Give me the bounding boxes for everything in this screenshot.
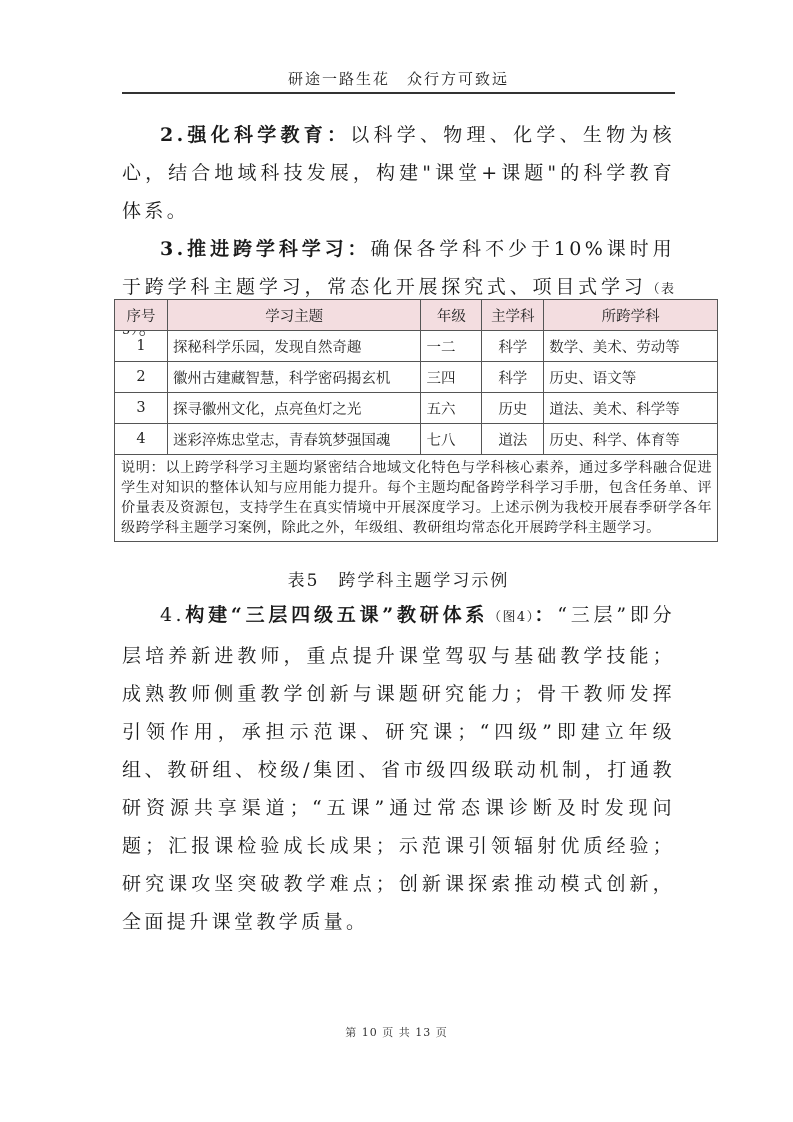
cell-topic: 徽州古建藏智慧，科学密码揭玄机	[167, 362, 421, 393]
cell-topic: 探秘科学乐园，发现自然奇趣	[167, 331, 421, 362]
cell-grade: 五六	[421, 393, 482, 424]
cell-cross-subjects: 数学、美术、劳动等	[544, 331, 718, 362]
section-4-number: 4.	[160, 604, 185, 626]
cell-cross-subjects: 道法、美术、科学等	[544, 393, 718, 424]
table-row: 1 探秘科学乐园，发现自然奇趣 一二 科学 数学、美术、劳动等	[115, 331, 718, 362]
cell-no: 2	[115, 362, 168, 393]
cell-grade: 一二	[421, 331, 482, 362]
table-note: 说明：以上跨学科学习主题均紧密结合地域文化特色与学科核心素养，通过多学科融合促进…	[115, 455, 718, 542]
table-row: 4 迷彩淬炼忠堂志，青春筑梦强国魂 七八 道法 历史、科学、体育等	[115, 424, 718, 455]
table-caption: 表5 跨学科主题学习示例	[122, 566, 675, 591]
col-header-topic: 学习主题	[167, 300, 421, 331]
section-4-paragraph: 4.构建“三层四级五课”教研体系（图4）：“三层”即分层培养新进教师，重点提升课…	[122, 596, 675, 941]
cell-main-subject: 道法	[482, 424, 544, 455]
cell-grade: 三四	[421, 362, 482, 393]
section-3-heading: 3.推进跨学科学习：	[160, 238, 370, 260]
table-row: 2 徽州古建藏智慧，科学密码揭玄机 三四 科学 历史、语文等	[115, 362, 718, 393]
cell-cross-subjects: 历史、语文等	[544, 362, 718, 393]
cell-no: 4	[115, 424, 168, 455]
cell-cross-subjects: 历史、科学、体育等	[544, 424, 718, 455]
col-header-cross-subjects: 所跨学科	[544, 300, 718, 331]
page-header-title: 研途一路生花 众行方可致远	[122, 68, 675, 89]
table-row: 3 探寻徽州文化，点亮鱼灯之光 五六 历史 道法、美术、科学等	[115, 393, 718, 424]
cell-main-subject: 科学	[482, 362, 544, 393]
cell-topic: 探寻徽州文化，点亮鱼灯之光	[167, 393, 421, 424]
cell-main-subject: 科学	[482, 331, 544, 362]
figure-reference: （图4）	[488, 610, 534, 625]
cell-no: 1	[115, 331, 168, 362]
col-header-main-subject: 主学科	[482, 300, 544, 331]
table-note-row: 说明：以上跨学科学习主题均紧密结合地域文化特色与学科核心素养，通过多学科融合促进…	[115, 455, 718, 542]
section-4-heading: 构建“三层四级五课”教研体系	[185, 604, 488, 626]
col-header-grade: 年级	[421, 300, 482, 331]
cell-topic: 迷彩淬炼忠堂志，青春筑梦强国魂	[167, 424, 421, 455]
section-4-body: “三层”即分层培养新进教师，重点提升课堂驾驭与基础教学技能；成熟教师侧重教学创新…	[122, 604, 675, 933]
cell-grade: 七八	[421, 424, 482, 455]
cell-main-subject: 历史	[482, 393, 544, 424]
header-divider	[122, 92, 675, 94]
section-2-heading: 2.强化科学教育：	[160, 124, 350, 146]
cross-subject-table: 序号 学习主题 年级 主学科 所跨学科 1 探秘科学乐园，发现自然奇趣 一二 科…	[114, 299, 718, 542]
page-number: 第 10 页 共 13 页	[0, 1024, 793, 1040]
col-header-no: 序号	[115, 300, 168, 331]
section-2-paragraph: 2.强化科学教育：以科学、物理、化学、生物为核心，结合地域科技发展，构建"课堂+…	[122, 116, 675, 230]
cell-no: 3	[115, 393, 168, 424]
table-header-row: 序号 学习主题 年级 主学科 所跨学科	[115, 300, 718, 331]
